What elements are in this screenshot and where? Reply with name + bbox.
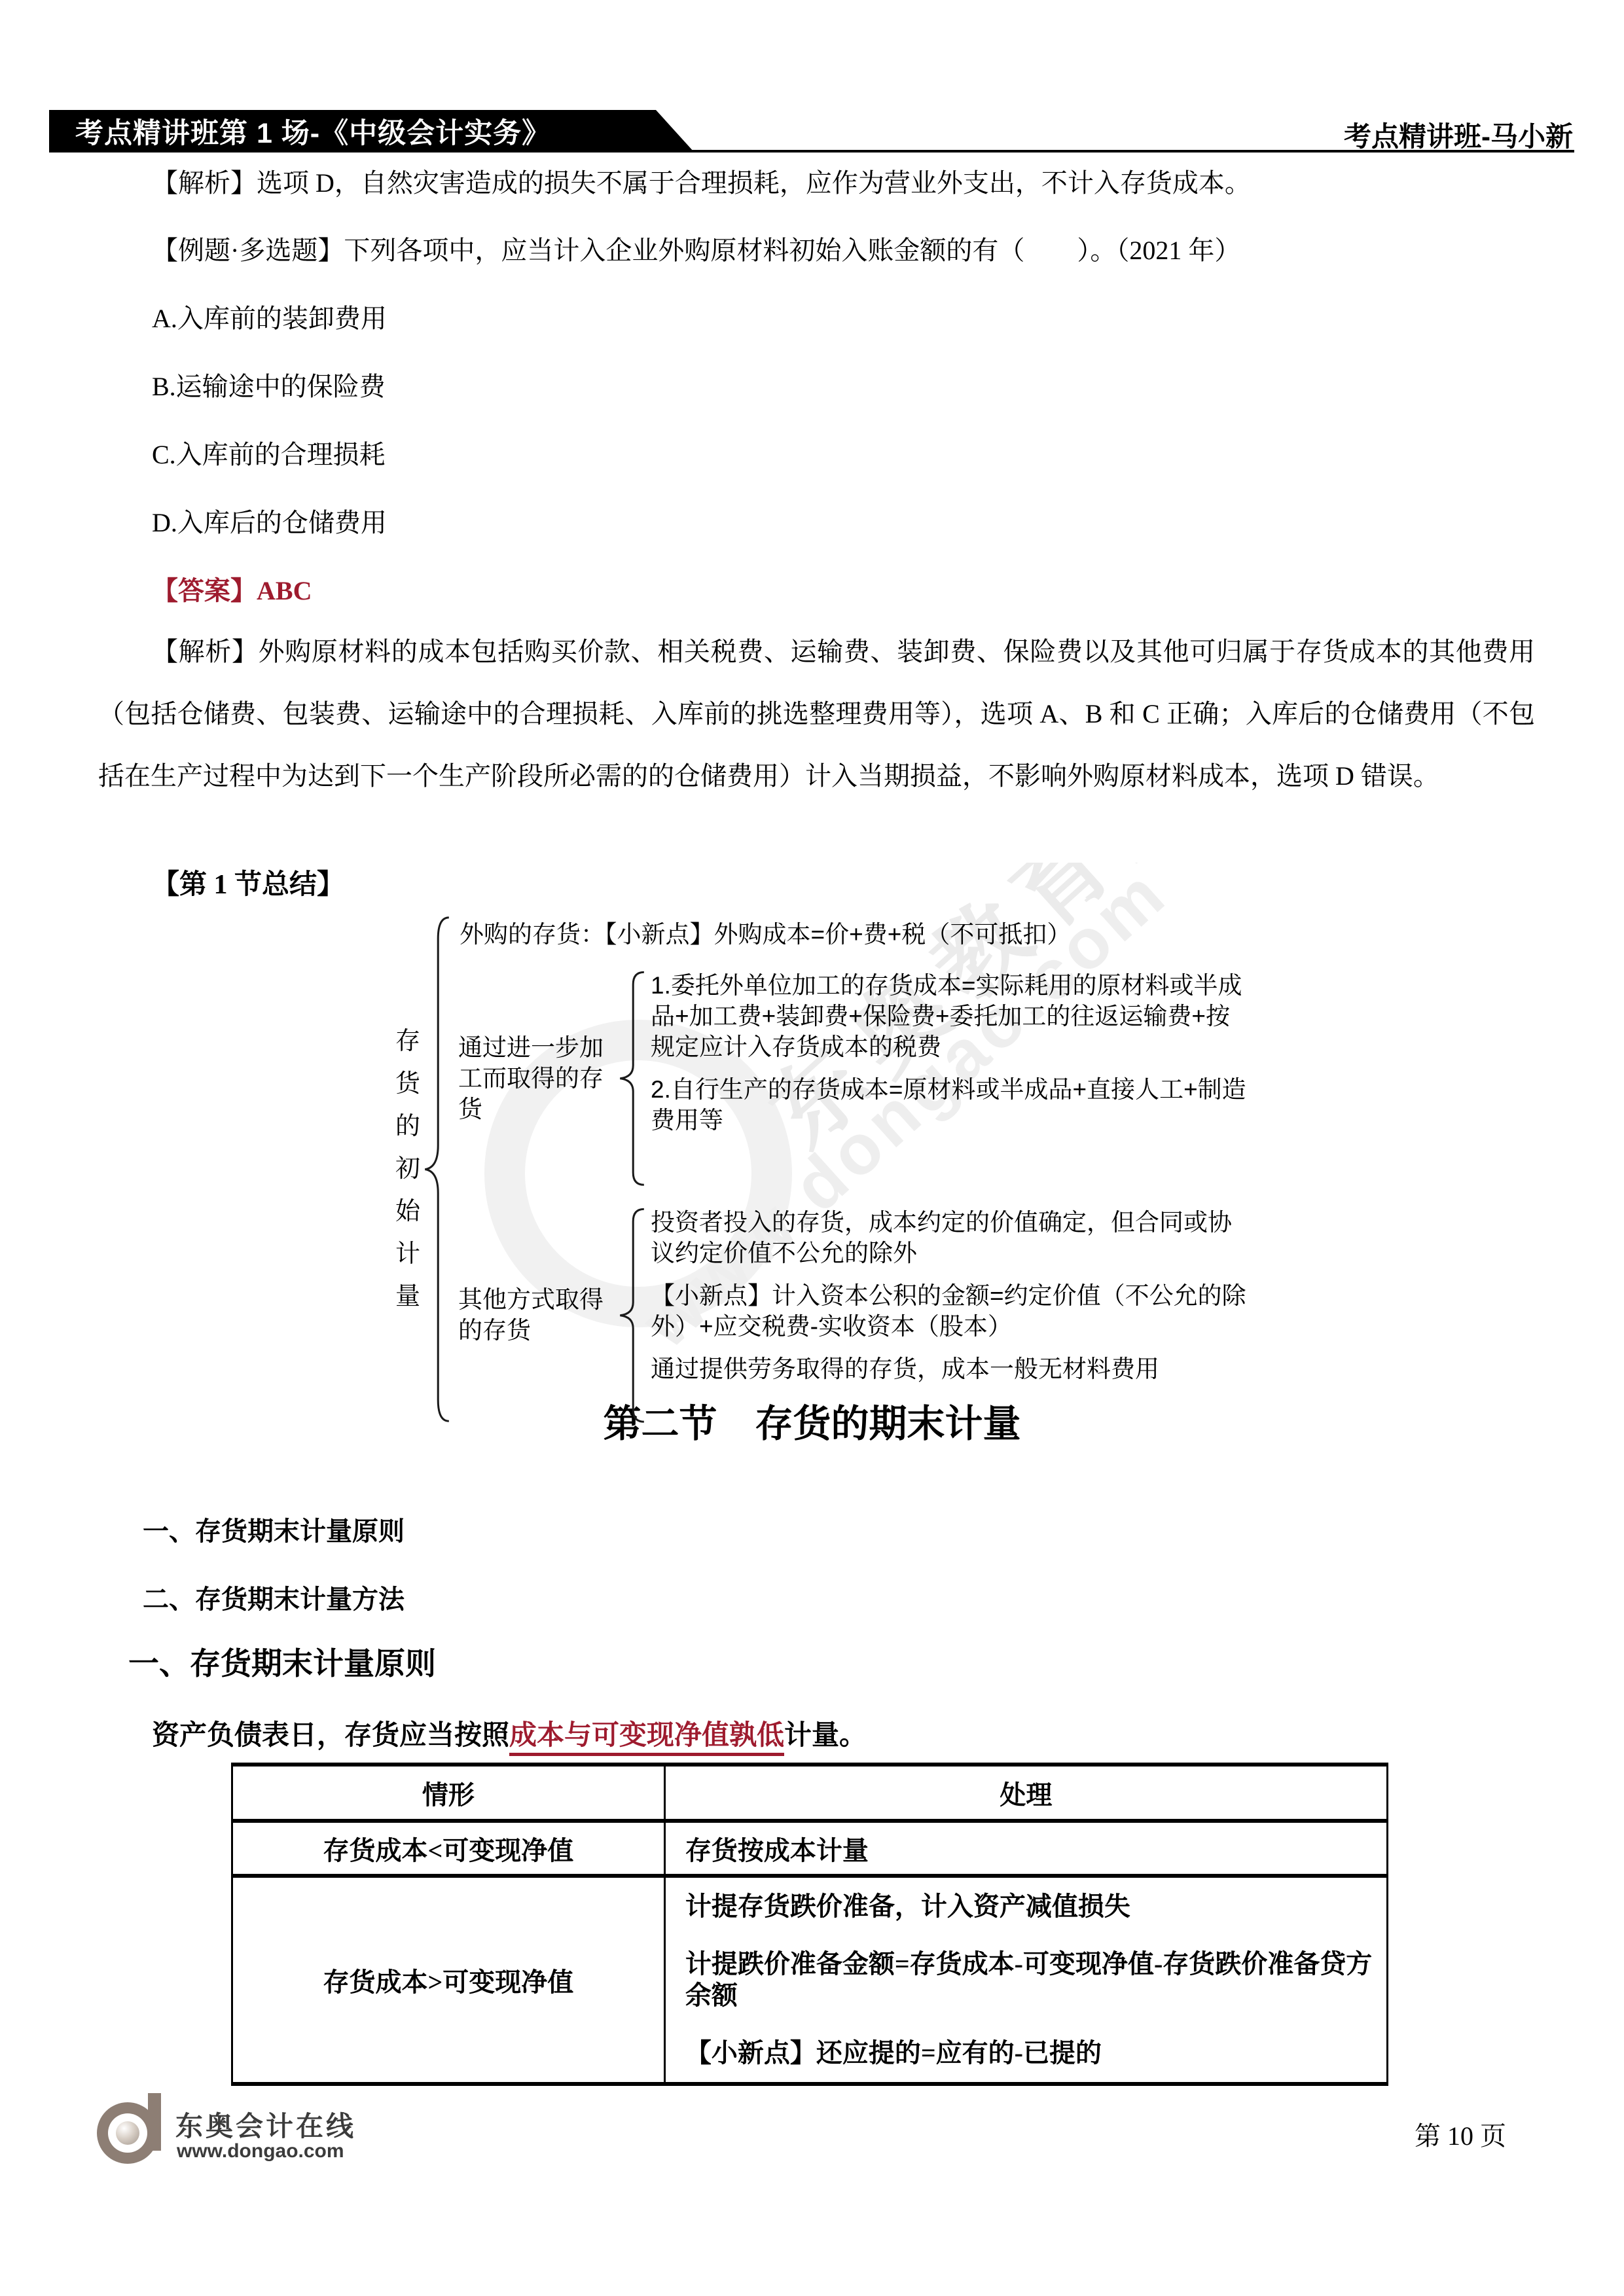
document-page: 考点精讲班第 1 场-《中级会计实务》 考点精讲班-马小新 【解析】选项 D，自… — [0, 0, 1624, 2296]
principle-suffix: 计量。 — [784, 1721, 867, 1751]
option-d: D.入库后的仓储费用 — [98, 507, 1535, 539]
processing-item-2: 2.自行生产的存货成本=原材料或半成品+直接人工+制造费用等 — [651, 1074, 1248, 1136]
table-header-treatment: 处理 — [664, 1765, 1387, 1821]
summary-diagram: 东奥教育集团 www.dongao.com 存货的初始计量 外购的存货：【小新点… — [393, 915, 1250, 1424]
header-banner-label: 考点精讲班第 1 场-《中级会计实务》 — [75, 111, 550, 151]
table-cell-case-2: 存货成本>可变现净值 — [232, 1876, 665, 2084]
section1-summary-heading: 【第 1 节总结】 — [152, 863, 344, 902]
option-b: B.运输途中的保险费 — [98, 370, 1535, 403]
logo-d-sphere — [116, 2121, 139, 2145]
branch-processing: 通过进一步加工而取得的存货 1.委托外单位加工的存货成本=实际耗用的原材料或半成… — [458, 970, 1248, 1187]
example-question: 【例题·多选题】下列各项中，应当计入企业外购原材料初始入账金额的有（ ）。（20… — [98, 234, 1535, 267]
table-cell-treatment-1: 存货按成本计量 — [664, 1821, 1387, 1876]
header-banner: 考点精讲班第 1 场-《中级会计实务》 — [49, 110, 694, 152]
branch-other-label: 其他方式取得的存货 — [458, 1284, 618, 1346]
logo-name: 东奥会计在线 — [175, 2105, 356, 2144]
other-item-3: 通过提供劳务取得的存货，成本一般无材料费用 — [651, 1354, 1248, 1384]
measurement-principle: 资产负债表日，存货应当按照成本与可变现净值孰低计量。 — [98, 1713, 1535, 1753]
other-brace — [618, 1207, 645, 1424]
logo-url: www.dongao.com — [177, 2140, 344, 2162]
branch-processing-label: 通过进一步加工而取得的存货 — [458, 1032, 618, 1124]
table-row: 存货成本<可变现净值 存货按成本计量 — [232, 1821, 1388, 1876]
table-cell-case-1: 存货成本<可变现净值 — [232, 1821, 665, 1876]
other-item-2: 【小新点】计入资本公积的金额=约定价值（不公允的除外）+应交税费-实收资本（股本… — [651, 1280, 1248, 1342]
header-right-label: 考点精讲班-马小新 — [1344, 115, 1573, 154]
table-cell-treatment-2: 计提存货跌价准备，计入资产减值损失 计提跌价准备金额=存货成本-可变现净值-存货… — [664, 1876, 1387, 2084]
answer-label: 【答案】ABC — [98, 575, 1535, 607]
table-header-row: 情形 处理 — [232, 1765, 1388, 1821]
branch-other: 其他方式取得的存货 投资者投入的存货，成本约定的价值确定，但合同或协议约定价值不… — [458, 1207, 1248, 1424]
table-row: 存货成本>可变现净值 计提存货跌价准备，计入资产减值损失 计提跌价准备金额=存货… — [232, 1876, 1388, 2084]
treatment-line-3: 【小新点】还应提的=应有的-已提的 — [685, 2037, 1386, 2069]
processing-brace — [618, 970, 645, 1187]
branch-purchased: 外购的存货：【小新点】外购成本=价+费+税（不可抵扣） — [460, 919, 1248, 950]
option-a: A.入库前的装卸费用 — [98, 302, 1535, 335]
section2-heading-1: 一、存货期末计量原则 — [128, 1640, 436, 1683]
toc-item-2: 二、存货期末计量方法 — [143, 1579, 405, 1616]
logo-d-bar — [148, 2093, 161, 2151]
diagram-root-label: 存货的初始计量 — [393, 1020, 423, 1318]
treatment-line-1: 计提存货跌价准备，计入资产减值损失 — [685, 1891, 1386, 1922]
treatment-line-2: 计提跌价准备金额=存货成本-可变现净值-存货跌价准备贷方余额 — [685, 1948, 1386, 2011]
header-rule — [49, 150, 1574, 152]
processing-item-1: 1.委托外单位加工的存货成本=实际耗用的原材料或半成品+加工费+装卸费+保险费+… — [651, 970, 1248, 1062]
page-number: 第 10 页 — [1415, 2115, 1506, 2153]
toc-item-1: 一、存货期末计量原则 — [143, 1511, 405, 1548]
analysis-option-d: 【解析】选项 D，自然灾害造成的损失不属于合理损耗，应作为营业外支出，不计入存货… — [98, 167, 1535, 200]
other-item-1: 投资者投入的存货，成本约定的价值确定，但合同或协议约定价值不公允的除外 — [651, 1207, 1248, 1268]
principle-prefix: 资产负债表日，存货应当按照 — [152, 1721, 509, 1751]
analysis-paragraph: 【解析】外购原材料的成本包括购买价款、相关税费、运输费、装卸费、保险费以及其他可… — [98, 620, 1535, 807]
option-c: C.入库前的合理损耗 — [98, 439, 1535, 471]
principle-highlight: 成本与可变现净值孰低 — [509, 1721, 784, 1756]
root-brace — [423, 915, 450, 1424]
table-header-case: 情形 — [232, 1765, 665, 1821]
dongao-logo: 东奥会计在线 www.dongao.com — [97, 2093, 463, 2172]
measurement-table: 情形 处理 存货成本<可变现净值 存货按成本计量 存货成本>可变现净值 计提存货… — [231, 1763, 1388, 2086]
